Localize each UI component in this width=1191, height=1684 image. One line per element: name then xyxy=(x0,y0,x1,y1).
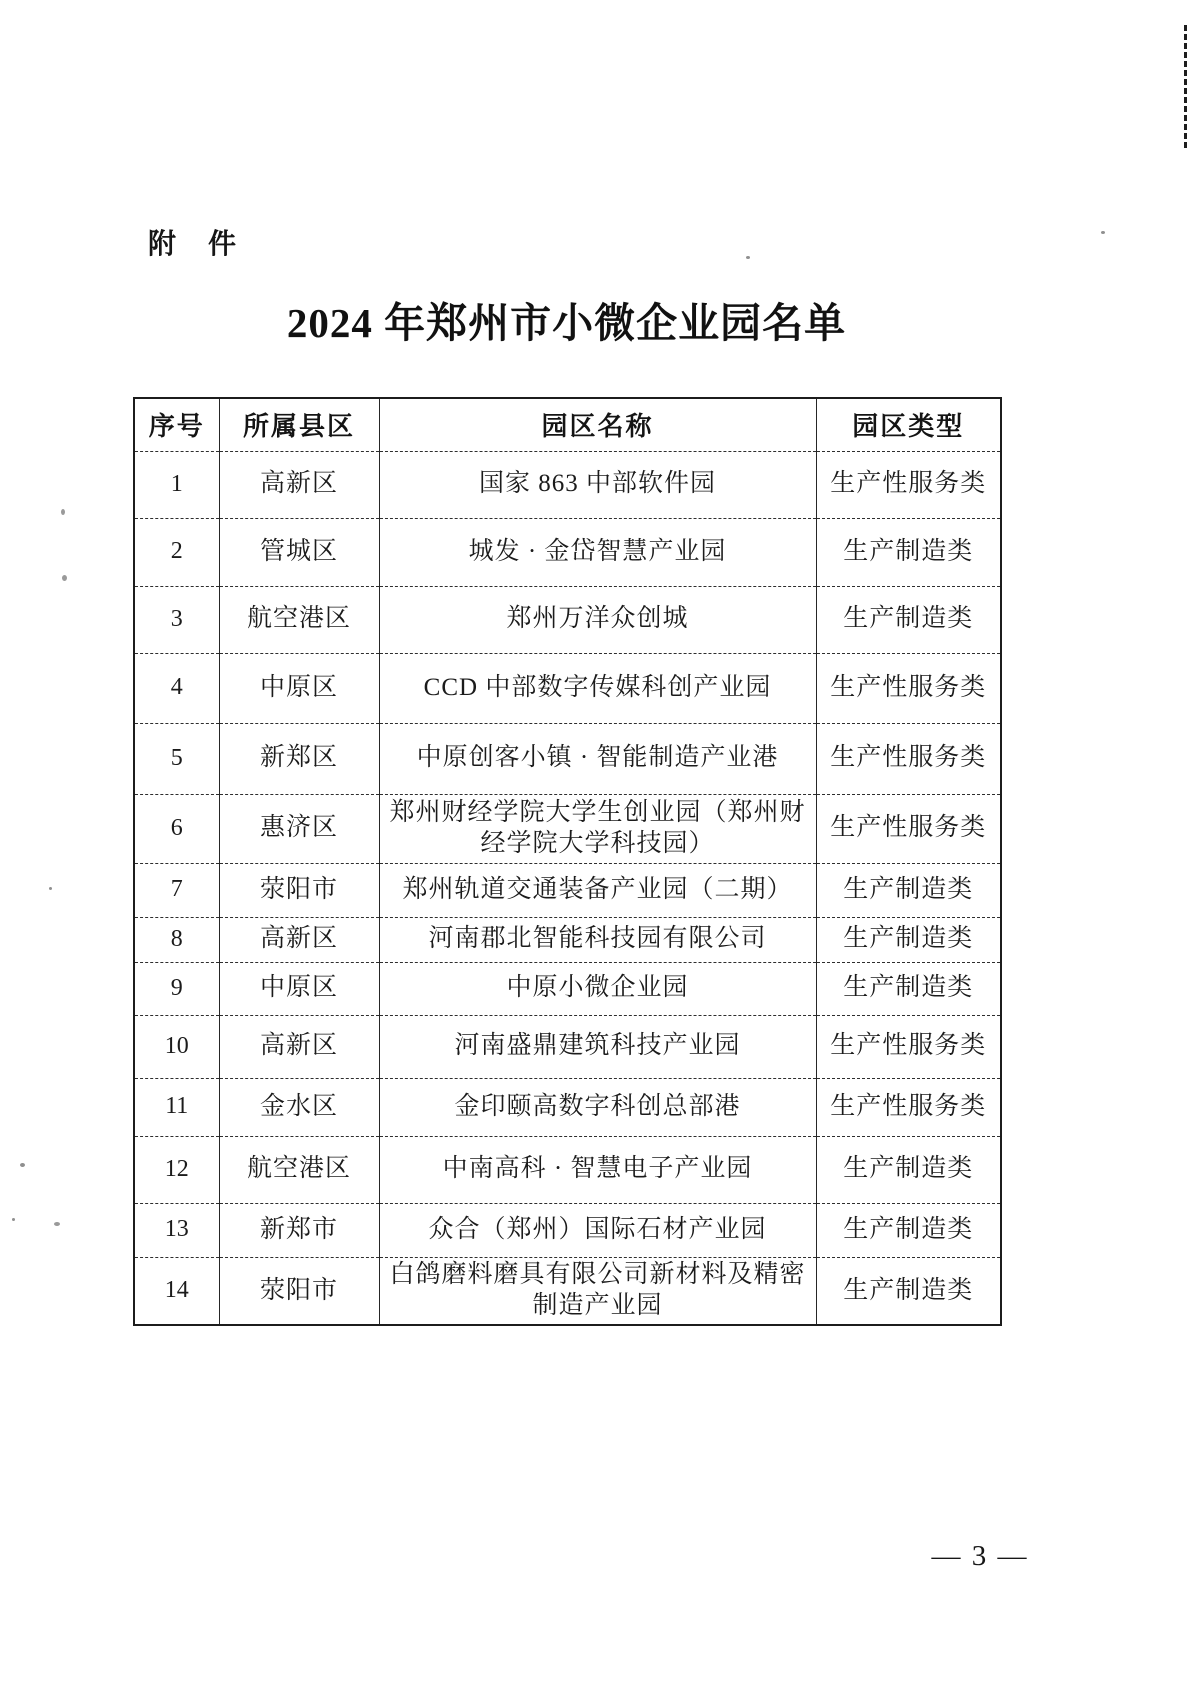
header-park-type: 园区类型 xyxy=(816,398,1001,451)
cell-park-name: 河南盛鼎建筑科技产业园 xyxy=(379,1015,816,1078)
cell-park-type: 生产性服务类 xyxy=(816,1015,1001,1078)
cell-district: 高新区 xyxy=(219,917,379,962)
document-page: 附 件 2024 年郑州市小微企业园名单 序号 所属县区 园区名称 园区类型 1… xyxy=(0,0,1191,1684)
cell-park-name: 郑州万洋众创城 xyxy=(379,586,816,653)
header-serial-number: 序号 xyxy=(134,398,219,451)
table-row: 12 航空港区 中南高科 · 智慧电子产业园 生产制造类 xyxy=(134,1136,1001,1203)
cell-serial-number: 9 xyxy=(134,962,219,1015)
table-row: 13 新郑市 众合（郑州）国际石材产业园 生产制造类 xyxy=(134,1203,1001,1257)
cell-park-name: 郑州轨道交通装备产业园（二期） xyxy=(379,863,816,917)
page-number: — 3 — xyxy=(890,1540,1070,1573)
table-header-row: 序号 所属县区 园区名称 园区类型 xyxy=(134,398,1001,451)
scan-artifact xyxy=(61,509,65,515)
cell-district: 高新区 xyxy=(219,1015,379,1078)
table-row: 4 中原区 CCD 中部数字传媒科创产业园 生产性服务类 xyxy=(134,653,1001,723)
park-table-body: 1 高新区 国家 863 中部软件园 生产性服务类 2 管城区 城发 · 金岱智… xyxy=(134,451,1001,1325)
cell-serial-number: 7 xyxy=(134,863,219,917)
cell-park-name: 白鸽磨料磨具有限公司新材料及精密制造产业园 xyxy=(379,1257,816,1325)
cell-park-type: 生产制造类 xyxy=(816,863,1001,917)
header-park-name: 园区名称 xyxy=(379,398,816,451)
scan-artifact xyxy=(12,1218,15,1221)
cell-serial-number: 3 xyxy=(134,586,219,653)
cell-serial-number: 11 xyxy=(134,1078,219,1136)
table-row: 3 航空港区 郑州万洋众创城 生产制造类 xyxy=(134,586,1001,653)
cell-district: 管城区 xyxy=(219,518,379,586)
cell-district: 中原区 xyxy=(219,653,379,723)
table-row: 10 高新区 河南盛鼎建筑科技产业园 生产性服务类 xyxy=(134,1015,1001,1078)
table-row: 14 荥阳市 白鸽磨料磨具有限公司新材料及精密制造产业园 生产制造类 xyxy=(134,1257,1001,1325)
cell-park-type: 生产制造类 xyxy=(816,1136,1001,1203)
cell-serial-number: 13 xyxy=(134,1203,219,1257)
cell-district: 新郑市 xyxy=(219,1203,379,1257)
scan-artifact xyxy=(49,887,52,890)
cell-park-type: 生产性服务类 xyxy=(816,451,1001,518)
cell-serial-number: 14 xyxy=(134,1257,219,1325)
cell-serial-number: 1 xyxy=(134,451,219,518)
cell-park-type: 生产性服务类 xyxy=(816,723,1001,794)
cell-park-name: 众合（郑州）国际石材产业园 xyxy=(379,1203,816,1257)
cell-park-name: 河南郡北智能科技园有限公司 xyxy=(379,917,816,962)
table-row: 1 高新区 国家 863 中部软件园 生产性服务类 xyxy=(134,451,1001,518)
cell-serial-number: 6 xyxy=(134,794,219,863)
cell-district: 新郑区 xyxy=(219,723,379,794)
cell-district: 荥阳市 xyxy=(219,1257,379,1325)
table-row: 6 惠济区 郑州财经学院大学生创业园（郑州财经学院大学科技园） 生产性服务类 xyxy=(134,794,1001,863)
table-row: 11 金水区 金印颐高数字科创总部港 生产性服务类 xyxy=(134,1078,1001,1136)
cell-park-name: 中原创客小镇 · 智能制造产业港 xyxy=(379,723,816,794)
cell-district: 航空港区 xyxy=(219,586,379,653)
page-title: 2024 年郑州市小微企业园名单 xyxy=(133,290,1000,349)
cell-park-type: 生产制造类 xyxy=(816,1257,1001,1325)
cell-park-name: 城发 · 金岱智慧产业园 xyxy=(379,518,816,586)
scan-artifact xyxy=(746,256,750,259)
cell-serial-number: 8 xyxy=(134,917,219,962)
cell-park-type: 生产性服务类 xyxy=(816,653,1001,723)
cell-district: 荥阳市 xyxy=(219,863,379,917)
table-row: 8 高新区 河南郡北智能科技园有限公司 生产制造类 xyxy=(134,917,1001,962)
cell-serial-number: 10 xyxy=(134,1015,219,1078)
cell-park-type: 生产制造类 xyxy=(816,1203,1001,1257)
cell-park-name: 国家 863 中部软件园 xyxy=(379,451,816,518)
cell-park-type: 生产制造类 xyxy=(816,962,1001,1015)
cell-park-type: 生产制造类 xyxy=(816,518,1001,586)
attachment-label: 附 件 xyxy=(148,222,238,262)
cell-serial-number: 12 xyxy=(134,1136,219,1203)
cell-park-type: 生产性服务类 xyxy=(816,794,1001,863)
scan-artifact xyxy=(20,1163,25,1167)
table-row: 7 荥阳市 郑州轨道交通装备产业园（二期） 生产制造类 xyxy=(134,863,1001,917)
cell-park-type: 生产制造类 xyxy=(816,586,1001,653)
cell-park-type: 生产制造类 xyxy=(816,917,1001,962)
scan-artifact xyxy=(1101,231,1105,234)
cell-district: 中原区 xyxy=(219,962,379,1015)
cell-district: 高新区 xyxy=(219,451,379,518)
scan-artifact xyxy=(54,1222,60,1226)
cell-serial-number: 4 xyxy=(134,653,219,723)
table-row: 9 中原区 中原小微企业园 生产制造类 xyxy=(134,962,1001,1015)
table-row: 2 管城区 城发 · 金岱智慧产业园 生产制造类 xyxy=(134,518,1001,586)
cell-park-type: 生产性服务类 xyxy=(816,1078,1001,1136)
cell-park-name: 金印颐高数字科创总部港 xyxy=(379,1078,816,1136)
table-row: 5 新郑区 中原创客小镇 · 智能制造产业港 生产性服务类 xyxy=(134,723,1001,794)
cell-serial-number: 5 xyxy=(134,723,219,794)
cell-district: 金水区 xyxy=(219,1078,379,1136)
scan-artifact-edge-line xyxy=(1184,25,1187,148)
cell-park-name: 郑州财经学院大学生创业园（郑州财经学院大学科技园） xyxy=(379,794,816,863)
cell-park-name: CCD 中部数字传媒科创产业园 xyxy=(379,653,816,723)
cell-district: 惠济区 xyxy=(219,794,379,863)
cell-park-name: 中原小微企业园 xyxy=(379,962,816,1015)
scan-artifact xyxy=(62,575,67,581)
header-district: 所属县区 xyxy=(219,398,379,451)
cell-park-name: 中南高科 · 智慧电子产业园 xyxy=(379,1136,816,1203)
park-table: 序号 所属县区 园区名称 园区类型 1 高新区 国家 863 中部软件园 生产性… xyxy=(133,397,1002,1326)
cell-district: 航空港区 xyxy=(219,1136,379,1203)
cell-serial-number: 2 xyxy=(134,518,219,586)
